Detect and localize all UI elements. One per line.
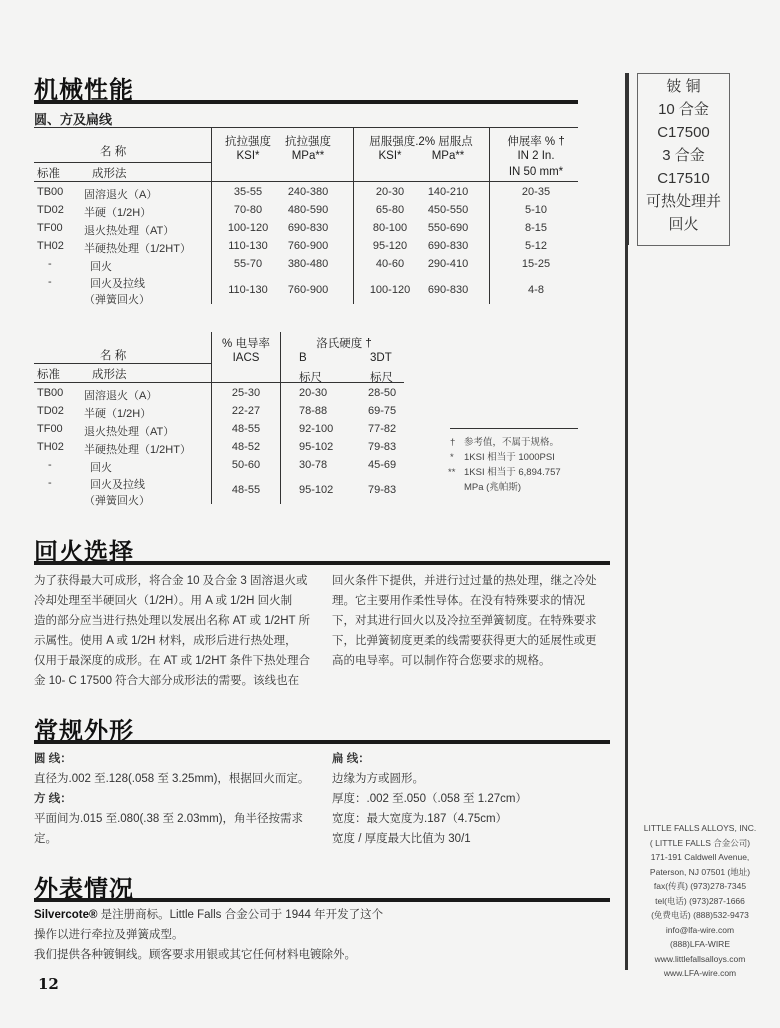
- section-rule: [34, 740, 610, 744]
- cell-yield-mpa: 450-550: [418, 204, 478, 216]
- section-rule: [34, 100, 578, 104]
- header-yield-mpa: MPa**: [428, 150, 468, 162]
- cell-std: -: [48, 477, 52, 489]
- cell-yield-ksi: 95-120: [360, 240, 420, 252]
- cell-method-line2: （弹簧回火）: [84, 291, 150, 307]
- website: www.littlefallsalloys.com: [630, 952, 770, 967]
- cell-iacs: 25-30: [214, 387, 278, 399]
- alloy-line: 铍 铜: [638, 75, 729, 98]
- text-line: 回火条件下提供，并进行过过量的热处理，继之冷处: [332, 571, 617, 591]
- cell-yield-mpa: 140-210: [418, 186, 478, 198]
- header-elongation-unit1: IN 2 In.: [494, 150, 578, 162]
- footnote-text: 参考值，不属于规格。: [464, 436, 559, 450]
- cell-method: 半硬热处理（1/2HT）: [84, 441, 191, 457]
- round-wire-label: 圆 线：: [34, 749, 324, 769]
- table-top-rule: [34, 127, 578, 128]
- footnote-rule: [450, 428, 578, 429]
- text-line: 示属性。使用 A 或 1/2H 材料，成形后进行热处理，: [34, 631, 324, 651]
- header-rule: [34, 363, 211, 364]
- cell-yield-mpa: 690-830: [418, 284, 478, 296]
- cell-hardness-b: 30-78: [299, 459, 327, 471]
- cell-tensile-mpa: 690-830: [278, 222, 338, 234]
- cell-iacs: 48-55: [214, 423, 278, 435]
- cell-std: -: [48, 459, 52, 471]
- cell-iacs: 48-52: [214, 441, 278, 453]
- alloy-line: 3 合金: [638, 144, 729, 167]
- cell-method: 半硬（1/2H）: [84, 405, 151, 421]
- footnote-text: 1KSI 相当于 1000PSI: [464, 451, 555, 465]
- cell-elongation: 5-12: [494, 240, 578, 252]
- cell-tensile-ksi: 100-120: [218, 222, 278, 234]
- shapes-right: 扁 线： 边缘为方或圆形。 厚度：.002 至.050（.058 至 1.27c…: [332, 749, 617, 849]
- text-line: 冷却处理至半硬回火（1/2H）。用 A 或 1/2H 回火制: [34, 591, 324, 611]
- cell-iacs: 48-55: [214, 484, 278, 496]
- cell-tensile-ksi: 55-70: [218, 258, 278, 270]
- cell-method: 回火及拉线: [90, 275, 145, 291]
- cell-hardness-3dt: 79-83: [368, 441, 396, 453]
- header-tensile-mpa-unit: MPa**: [278, 150, 338, 162]
- footnote-mark: †: [450, 436, 455, 450]
- header-yield: 屈服强度.2% 屈服点: [360, 133, 482, 149]
- contact-block: LITTLE FALLS ALLOYS, INC. ( LITTLE FALLS…: [630, 821, 770, 981]
- cell-std: TB00: [37, 387, 63, 399]
- text-line: 操作以进行牵拉及弹簧成型。: [34, 925, 534, 945]
- cell-tensile-ksi: 70-80: [218, 204, 278, 216]
- cell-method: 固溶退火（A）: [84, 186, 157, 202]
- header-rule: [34, 162, 211, 163]
- cell-tensile-mpa: 240-380: [278, 186, 338, 198]
- cell-std: TF00: [37, 222, 63, 234]
- header-tensile-ksi-unit: KSI*: [218, 150, 278, 162]
- square-wire-text-2: 定。: [34, 829, 324, 849]
- cell-std: TF00: [37, 423, 63, 435]
- header-name: 名 称: [100, 143, 126, 159]
- flat-wire-text: 宽度 / 厚度最大比值为 30/1: [332, 829, 617, 849]
- cell-hardness-b: 95-102: [299, 441, 333, 453]
- header-tensile-ksi: 抗拉强度: [218, 133, 278, 149]
- cell-yield-ksi: 80-100: [360, 222, 420, 234]
- header-elongation: 伸展率 % †: [494, 133, 578, 149]
- cell-method: 固溶退火（A）: [84, 387, 157, 403]
- cell-method: 半硬（1/2H）: [84, 204, 151, 220]
- cell-elongation: 5-10: [494, 204, 578, 216]
- page-number: 12: [38, 975, 59, 993]
- temper-paragraph-left: 为了获得最大可成形，将合金 10 及合金 3 固溶退火或 冷却处理至半硬回火（1…: [34, 571, 324, 691]
- cell-tensile-ksi: 110-130: [218, 240, 278, 252]
- cell-method: 回火: [90, 459, 112, 475]
- cell-std: TB00: [37, 186, 63, 198]
- alloy-line: 可热处理并: [638, 190, 729, 213]
- cell-tensile-mpa: 760-900: [278, 240, 338, 252]
- divider: [211, 332, 212, 504]
- flat-wire-text: 宽度：最大宽度为.187（4.75cm）: [332, 809, 617, 829]
- company-name-cn: ( LITTLE FALLS 合金公司): [630, 836, 770, 851]
- toll-free-phone: (免费电话) (888)532-9473: [630, 908, 770, 923]
- divider: [211, 128, 212, 304]
- website: www.LFA-wire.com: [630, 966, 770, 981]
- text-line: 仅用于最深度的成形。在 AT 或 1/2HT 条件下热处理合: [34, 651, 324, 671]
- section-rule: [34, 561, 610, 565]
- cell-std: -: [48, 258, 52, 270]
- header-method: 成形法: [92, 366, 127, 382]
- alloy-line: C17510: [638, 167, 729, 190]
- flat-wire-label: 扁 线：: [332, 749, 617, 769]
- header-name: 名 称: [100, 347, 126, 363]
- round-wire-text: 直径为.002 至.128(.058 至 3.25mm)，根据回火而定。: [34, 769, 324, 789]
- cell-yield-ksi: 20-30: [360, 186, 420, 198]
- shapes-left: 圆 线： 直径为.002 至.128(.058 至 3.25mm)，根据回火而定…: [34, 749, 324, 849]
- cell-tensile-ksi: 110-130: [218, 284, 278, 296]
- cell-iacs: 22-27: [214, 405, 278, 417]
- divider: [280, 332, 281, 504]
- brand-name: Silvercote®: [34, 909, 97, 921]
- sidebar-bar-top: [625, 73, 629, 245]
- header-hardness-b: B: [299, 352, 307, 364]
- cell-elongation: 8-15: [494, 222, 578, 234]
- header-std: 标准: [37, 165, 60, 181]
- cell-hardness-b: 20-30: [299, 387, 327, 399]
- text-line: 为了获得最大可成形，将合金 10 及合金 3 固溶退火或: [34, 571, 324, 591]
- header-conductivity: % 电导率: [214, 335, 278, 351]
- cell-method-line2: （弹簧回火）: [84, 492, 150, 508]
- cell-std: TH02: [37, 441, 64, 453]
- square-wire-text: 平面间为.015 至.080(.38 至 2.03mm)，角半径按需求: [34, 809, 324, 829]
- cell-method: 回火及拉线: [90, 476, 145, 492]
- cell-hardness-3dt: 79-83: [368, 484, 396, 496]
- email: info@lfa-wire.com: [630, 923, 770, 938]
- cell-yield-ksi: 40-60: [360, 258, 420, 270]
- text-line: 高的电导率。可以制作符合您要求的规格。: [332, 651, 617, 671]
- cell-std: TD02: [37, 405, 64, 417]
- header-std: 标准: [37, 366, 60, 382]
- header-yield-ksi: KSI*: [370, 150, 410, 162]
- header-hardness-3dt: 3DT: [370, 352, 392, 364]
- cell-method: 半硬热处理（1/2HT）: [84, 240, 191, 256]
- phone: tel(电话) (973)287-1666: [630, 894, 770, 909]
- cell-yield-mpa: 690-830: [418, 240, 478, 252]
- flat-wire-text: 厚度：.002 至.050（.058 至 1.27cm）: [332, 789, 617, 809]
- cell-tensile-mpa: 760-900: [278, 284, 338, 296]
- cell-hardness-3dt: 28-50: [368, 387, 396, 399]
- cell-hardness-3dt: 69-75: [368, 405, 396, 417]
- alloy-info-box: 铍 铜 10 合金 C17500 3 合金 C17510 可热处理并 回火: [637, 73, 730, 246]
- header-bottom-rule: [34, 181, 578, 182]
- footnote-mark: *: [450, 451, 454, 465]
- footnote-text: MPa (兆帕斯): [464, 481, 521, 495]
- divider: [353, 128, 354, 304]
- temper-paragraph-right: 回火条件下提供，并进行过过量的热处理，继之冷处 理。它主要用作柔性导体。在没有特…: [332, 571, 617, 671]
- cell-hardness-b: 95-102: [299, 484, 333, 496]
- text-line: 金 10- C 17500 符合大部分成形法的需要。该线也在: [34, 671, 324, 691]
- footnote-text: 1KSI 相当于 6,894.757: [464, 466, 561, 480]
- cell-yield-ksi: 65-80: [360, 204, 420, 216]
- cell-elongation: 15-25: [494, 258, 578, 270]
- text-line: 理。它主要用作柔性导体。在没有特殊要求的情况: [332, 591, 617, 611]
- cell-tensile-mpa: 480-590: [278, 204, 338, 216]
- address-line: Paterson, NJ 07501 (地址): [630, 865, 770, 880]
- cell-std: TD02: [37, 204, 64, 216]
- vanity-phone: (888)LFA-WIRE: [630, 937, 770, 952]
- cell-hardness-b: 92-100: [299, 423, 333, 435]
- address-line: 171-191 Caldwell Avenue,: [630, 850, 770, 865]
- cell-hardness-3dt: 77-82: [368, 423, 396, 435]
- sidebar-bar: [625, 245, 628, 970]
- cell-std: TH02: [37, 240, 64, 252]
- cell-method: 回火: [90, 258, 112, 274]
- cell-elongation: 4-8: [494, 284, 578, 296]
- text-line: 下，比弹簧韧度更柔的线需要获得更大的延展性或更: [332, 631, 617, 651]
- header-tensile-mpa: 抗拉强度: [278, 133, 338, 149]
- cell-tensile-ksi: 35-55: [218, 186, 278, 198]
- text-line: 我们提供各种镀铜线。顾客要求用银或其它任何材料电镀除外。: [34, 945, 534, 965]
- header-hardness: 洛氏硬度 †: [282, 335, 406, 351]
- divider: [489, 128, 490, 304]
- header-method: 成形法: [92, 165, 127, 181]
- text-line: 下，对其进行回火以及冷拉至弹簧韧度。在特殊要求: [332, 611, 617, 631]
- alloy-line: 回火: [638, 213, 729, 236]
- company-name: LITTLE FALLS ALLOYS, INC.: [630, 821, 770, 836]
- header-elongation-unit2: IN 50 mm*: [494, 166, 578, 178]
- cell-hardness-b: 78-88: [299, 405, 327, 417]
- header-bottom-rule: [34, 382, 404, 383]
- subsection-title: 圆、方及扁线: [34, 109, 112, 128]
- cell-yield-mpa: 550-690: [418, 222, 478, 234]
- text-line: 是注册商标。Little Falls 合金公司于 1944 年开发了这个: [97, 909, 383, 921]
- alloy-line: 10 合金: [638, 98, 729, 121]
- surface-paragraph: Silvercote® 是注册商标。Little Falls 合金公司于 194…: [34, 905, 534, 965]
- cell-yield-mpa: 290-410: [418, 258, 478, 270]
- fax: fax(传真) (973)278-7345: [630, 879, 770, 894]
- footnote-mark: **: [448, 466, 455, 480]
- cell-elongation: 20-35: [494, 186, 578, 198]
- alloy-line: C17500: [638, 121, 729, 144]
- cell-std: -: [48, 276, 52, 288]
- square-wire-label: 方 线：: [34, 789, 324, 809]
- section-rule: [34, 898, 610, 902]
- flat-wire-text: 边缘为方或圆形。: [332, 769, 617, 789]
- cell-method: 退火热处理（AT）: [84, 222, 174, 238]
- cell-tensile-mpa: 380-480: [278, 258, 338, 270]
- cell-hardness-3dt: 45-69: [368, 459, 396, 471]
- text-line: 造的部分应当进行热处理以发展出名称 AT 或 1/2HT 所: [34, 611, 324, 631]
- cell-yield-ksi: 100-120: [360, 284, 420, 296]
- cell-method: 退火热处理（AT）: [84, 423, 174, 439]
- header-conductivity-unit: IACS: [214, 352, 278, 364]
- cell-iacs: 50-60: [214, 459, 278, 471]
